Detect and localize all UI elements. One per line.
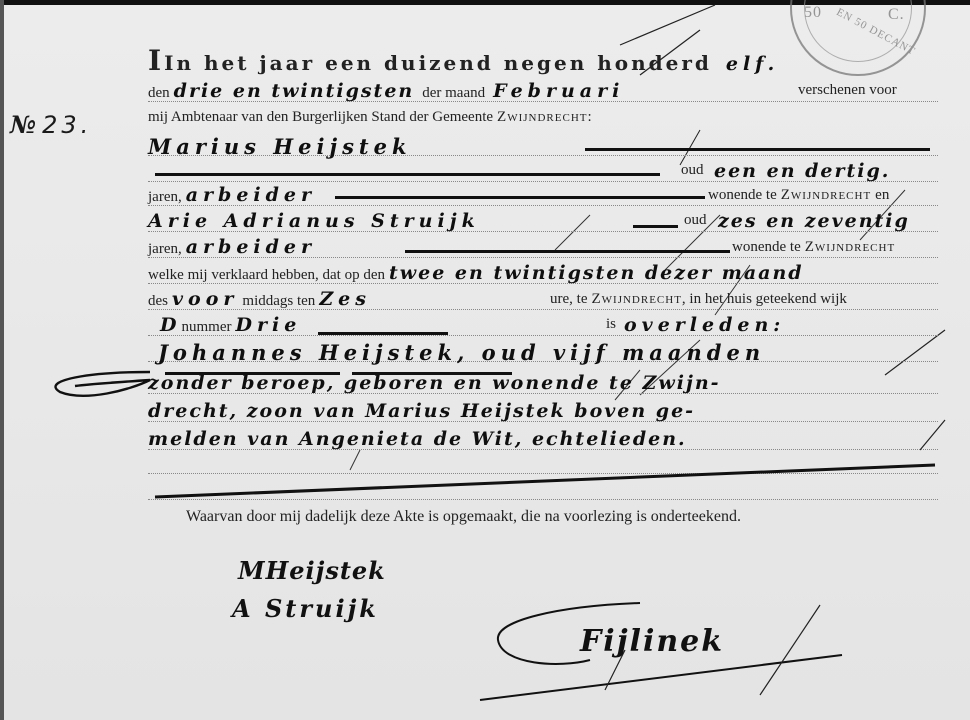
scanned-document-page: 50 C. EN 50 DECANT №23. IIn het jaar een… <box>0 0 970 720</box>
signature-registrar: Fijlinek <box>580 624 724 659</box>
registrar-signature-flourish <box>0 0 970 720</box>
